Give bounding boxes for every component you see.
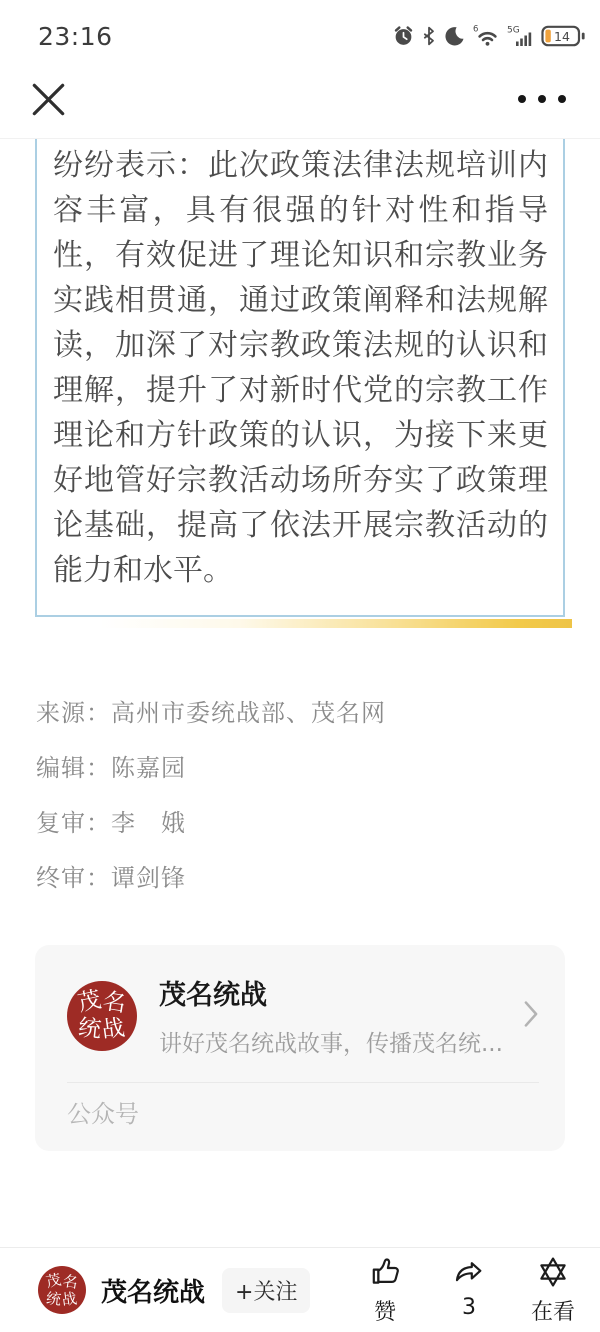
alarm-icon <box>392 24 415 48</box>
account-description: 讲好茂名统战故事，传播茂名统... <box>159 1025 517 1058</box>
bluetooth-icon <box>422 24 436 48</box>
account-card-texts: 茂名统战 讲好茂名统战故事，传播茂名统... <box>159 973 517 1058</box>
nav-bar <box>0 60 600 139</box>
do-not-disturb-moon-icon <box>443 24 466 48</box>
signal-bars-icon: 5G <box>507 24 534 48</box>
more-dots-icon[interactable] <box>516 85 568 113</box>
looking-label: 在看 <box>531 1295 575 1326</box>
bottom-action-bar: 茂 名 统 战 茂名统战 +关注 赞 <box>0 1247 600 1332</box>
clock-time: 23:16 <box>38 22 113 51</box>
follow-button[interactable]: +关注 <box>222 1268 310 1313</box>
card-divider <box>67 1082 539 1083</box>
article-quote-box: 纷纷表示：此次政策法律法规培训内容丰富，具有很强的针对性和指导性，有效促进了理论… <box>35 139 565 617</box>
gold-accent-strip <box>35 619 572 628</box>
battery-icon: 14 <box>541 24 586 48</box>
svg-text:14: 14 <box>554 29 570 44</box>
status-bar: 23:16 6 <box>0 0 600 60</box>
article-actions: 赞 3 在看 <box>356 1254 582 1326</box>
account-logo: 茂 名 统 战 <box>67 981 137 1051</box>
wechat-article-screen: 23:16 6 <box>0 0 600 1332</box>
like-label: 赞 <box>374 1295 396 1326</box>
account-type-label: 公众号 <box>67 1099 539 1129</box>
account-logo-small[interactable]: 茂 名 统 战 <box>38 1266 86 1314</box>
logo-char: 茂 <box>45 1272 63 1290</box>
share-arrow-icon <box>451 1254 487 1290</box>
article-body-text: 纷纷表示：此次政策法律法规培训内容丰富，具有很强的针对性和指导性，有效促进了理论… <box>53 143 548 593</box>
status-icons: 6 5G 14 <box>392 24 586 48</box>
wow-star-icon <box>535 1254 571 1290</box>
logo-char: 茂 <box>76 988 103 1015</box>
like-button[interactable]: 赞 <box>356 1254 414 1326</box>
logo-char: 名 <box>101 990 127 1016</box>
svg-text:6: 6 <box>473 25 478 35</box>
wifi-icon: 6 <box>473 24 500 48</box>
looking-button[interactable]: 在看 <box>524 1254 582 1326</box>
svg-text:5G: 5G <box>507 26 520 36</box>
share-button[interactable]: 3 <box>440 1254 498 1326</box>
thumbs-up-icon <box>367 1254 403 1290</box>
credit-reviewer: 复审：李 娥 <box>36 808 564 838</box>
share-count: 3 <box>462 1295 476 1320</box>
logo-char: 统 <box>45 1291 62 1307</box>
account-card-row: 茂 名 统 战 茂名统战 讲好茂名统战故事，传播茂名统... <box>67 973 539 1058</box>
logo-char: 战 <box>100 1016 126 1042</box>
credit-editor: 编辑：陈嘉园 <box>36 753 564 783</box>
account-name: 茂名统战 <box>159 973 517 1012</box>
logo-char: 战 <box>61 1291 78 1308</box>
logo-char: 统 <box>77 1016 102 1041</box>
credit-final-reviewer: 终审：谭剑锋 <box>36 863 564 893</box>
article-credits: 来源：高州市委统战部、茂名网 编辑：陈嘉园 复审：李 娥 终审：谭剑锋 <box>36 698 564 893</box>
bottom-account-name[interactable]: 茂名统战 <box>101 1272 205 1309</box>
close-x-icon[interactable] <box>30 81 67 118</box>
official-account-card[interactable]: 茂 名 统 战 茂名统战 讲好茂名统战故事，传播茂名统... 公众号 <box>35 945 565 1151</box>
credit-source: 来源：高州市委统战部、茂名网 <box>36 698 564 728</box>
chevron-right-icon[interactable] <box>523 1000 539 1032</box>
logo-char: 名 <box>62 1273 79 1290</box>
